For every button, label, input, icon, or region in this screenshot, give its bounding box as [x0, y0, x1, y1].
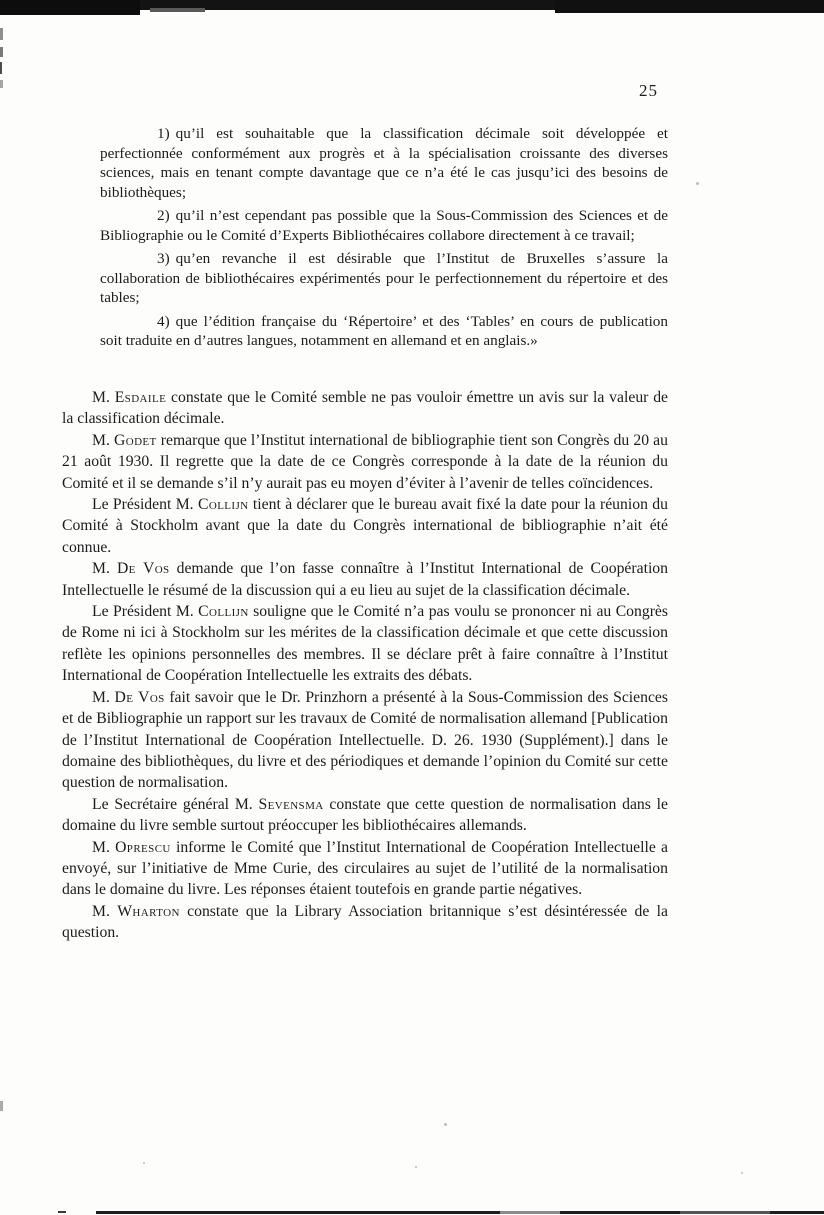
minutes-paragraph: Le Secrétaire général M. Sevensma consta… [62, 794, 668, 837]
speaker-name: Godet [114, 432, 157, 449]
minutes-paragraph: M. Godet remarque que l’Institut interna… [62, 430, 668, 494]
minutes-paragraph: Le Président M. Collijn souligne que le … [62, 601, 668, 687]
resolution-quote-block: 1)qu’il est souhaitable que la classific… [100, 124, 668, 355]
speaker-prefix: M. [92, 839, 115, 856]
quote-item-text: que l’édition française du ‘Répertoire’ … [100, 313, 668, 350]
speaker-prefix: M. [92, 689, 115, 706]
quote-item-number: 3) [157, 250, 176, 267]
quote-item: 3)qu’en revanche il est désirable que l’… [100, 249, 668, 308]
speaker-prefix: M. [92, 389, 115, 406]
scan-artifact-left-edge-mark [0, 28, 3, 40]
quote-item-text: qu’en revanche il est désirable que l’In… [100, 250, 668, 306]
speaker-name: Esdaile [115, 389, 167, 406]
speaker-prefix: M. [92, 560, 117, 577]
scan-artifact-top-gray-segment [150, 8, 205, 12]
minutes-paragraph: M. Esdaile constate que le Comité semble… [62, 387, 668, 430]
scan-artifact-top-left-block [0, 0, 140, 15]
scan-artifact-top-bar [0, 0, 824, 10]
scan-artifact-left-edge-mark [0, 1101, 3, 1111]
scanned-document-page: 25 1)qu’il est souhaitable que la classi… [0, 0, 824, 1215]
scan-artifact-left-edge-mark [0, 62, 2, 74]
quote-item-number: 1) [157, 125, 176, 142]
quote-item-number: 2) [157, 207, 176, 224]
scan-artifact-left-edge-mark [0, 80, 3, 88]
minutes-paragraph: M. De Vos fait savoir que le Dr. Prinzho… [62, 687, 668, 794]
quote-item: 4)que l’édition française du ‘Répertoire… [100, 312, 668, 351]
quote-item-text: qu’il est souhaitable que la classificat… [100, 125, 668, 201]
page-number: 25 [632, 81, 658, 101]
minutes-paragraph: M. De Vos demande que l’on fasse connaît… [62, 558, 668, 601]
speaker-name: Oprescu [115, 839, 171, 856]
quote-item-number: 4) [157, 313, 176, 330]
quote-item: 2)qu’il n’est cependant pas possible que… [100, 206, 668, 245]
scan-speckle [143, 1162, 145, 1164]
scan-speckle [741, 1172, 743, 1174]
scan-speckle [415, 1166, 417, 1168]
scan-artifact-bottom-gray-segment [500, 1211, 560, 1214]
minutes-paragraph: M. Wharton constate que la Library Assoc… [62, 901, 668, 944]
speaker-name: Wharton [117, 903, 180, 920]
quote-item: 1)qu’il est souhaitable que la classific… [100, 124, 668, 202]
minutes-paragraphs: M. Esdaile constate que le Comité semble… [62, 387, 668, 944]
scan-artifact-bottom-gray-segment [680, 1211, 770, 1214]
scan-speckle [444, 1123, 447, 1126]
quote-item-text: qu’il n’est cependant pas possible que l… [100, 207, 668, 244]
minutes-paragraph: Le Président M. Collijn tient à déclarer… [62, 494, 668, 558]
speaker-prefix: M. [92, 432, 114, 449]
scan-artifact-left-edge-mark [0, 47, 3, 57]
scan-speckle [696, 182, 699, 185]
speaker-name: De Vos [115, 689, 165, 706]
minutes-paragraph: M. Oprescu informe le Comité que l’Insti… [62, 837, 668, 901]
speaker-prefix: Le Président M. [92, 603, 198, 620]
speaker-name: Sevensma [259, 796, 324, 813]
speaker-name: Collijn [198, 496, 249, 513]
speaker-prefix: Le Président M. [92, 496, 198, 513]
speaker-prefix: Le Secrétaire général M. [92, 796, 259, 813]
speaker-name: Collijn [198, 603, 249, 620]
speaker-prefix: M. [92, 903, 117, 920]
scan-artifact-bottom-dash [58, 1211, 66, 1213]
scan-artifact-top-right-block [555, 0, 824, 13]
scan-artifact-bottom-bar [96, 1211, 824, 1214]
speaker-name: De Vos [117, 560, 170, 577]
